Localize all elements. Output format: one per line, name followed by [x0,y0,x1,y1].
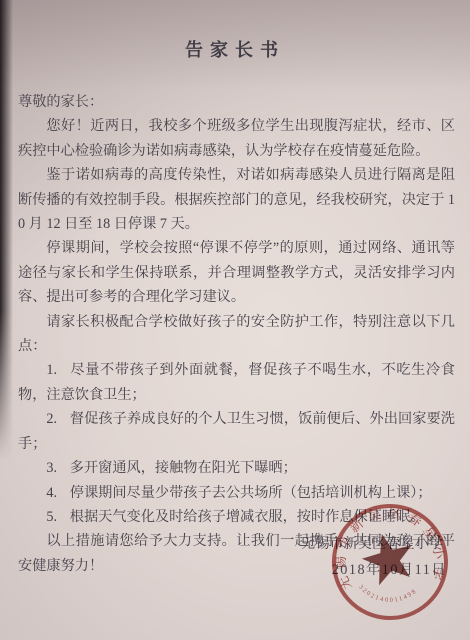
letter-photo: 告家长书 尊敬的家长： 您好！近两日，我校多个班级多位学生出现腹泻症状，经市、区… [0,0,470,640]
page-title: 告家长书 [0,36,470,62]
salutation: 尊敬的家长： [18,90,455,114]
list-item: 1.尽量不带孩子到外面就餐，督促孩子不喝生水，不吃生冷食物，注意饮食卫生； [18,358,455,407]
paragraph-notice-intro: 请家长积极配合学校做好孩子的安全防护工作，特别注意以下几点： [18,310,455,359]
paragraph-suspension: 鉴于诺如病毒的高度传染性，对诺如病毒感染人员进行隔离是阻断传播的有效控制手段。根… [18,163,455,236]
star-icon [357,527,419,587]
item-text: 督促孩子养成良好的个人卫生习惯，饭前便后、外出回家要洗手； [18,411,455,451]
item-number: 3. [46,460,57,476]
paragraph-remote-learning: 停课期间，学校会按照“停课不停学”的原则，通过网络、通讯等途径与家长和学生保持联… [18,236,455,309]
svg-text:3202140011498: 3202140011498 [357,581,419,606]
item-number: 5. [46,509,57,525]
item-text: 停课期间尽量少带孩子去公共场所（包括培训机构上课）； [70,485,432,501]
list-item: 2.督促孩子养成良好的个人卫生习惯，饭前便后、外出回家要洗手； [18,407,455,456]
item-number: 2. [46,411,57,427]
item-text: 尽量不带孩子到外面就餐，督促孩子不喝生水，不吃生冷食物，注意饮食卫生； [18,362,455,402]
paragraph-outbreak: 您好！近两日，我校多个班级多位学生出现腹泻症状，经市、区疾控中心检验确诊为诺如病… [18,114,455,163]
item-number: 4. [46,485,57,501]
list-item: 3.多开窗通风，接触物在阳光下曝晒； [18,456,455,480]
item-text: 多开窗通风，接触物在阳光下曝晒； [70,460,297,476]
school-seal-stamp: 无锡市新吴区春星小学 3202140011498 [325,498,455,628]
photo-left-edge-shadow [0,0,13,500]
stamp-serial: 3202140011498 [357,581,419,606]
item-number: 1. [46,362,57,378]
